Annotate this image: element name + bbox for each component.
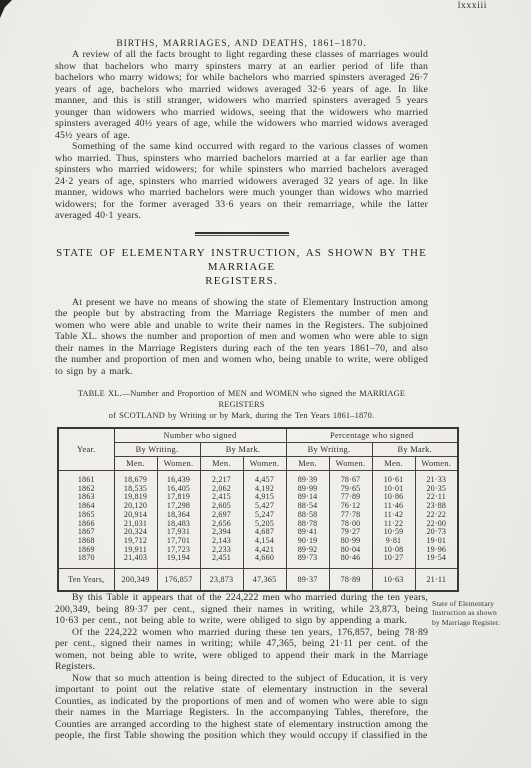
paragraph-education: Now that so much attention is being dire… <box>55 673 428 742</box>
running-head: BIRTHS, MARRIAGES, AND DEATHS, 1861–1870… <box>0 38 428 49</box>
header-number-by-mark: By Mark. <box>200 443 286 457</box>
table-cell: 176,857 <box>157 569 200 592</box>
header-number-group: Number who signed <box>114 428 286 443</box>
header-men: Men. <box>372 457 415 471</box>
table-cell: 21,403 <box>114 554 157 568</box>
table-cell: 4,660 <box>243 554 286 568</box>
header-row-sex: Men. Women. Men. Women. Men. Women. Men.… <box>58 457 458 471</box>
header-men: Men. <box>200 457 243 471</box>
header-percentage-by-writing: By Writing. <box>286 443 372 457</box>
table-cell: 19,194 <box>157 554 200 568</box>
margin-note: State of Elementary Instruction as shown… <box>432 599 504 627</box>
table-cell: 10·61 <box>372 471 415 485</box>
header-number-by-writing: By Writing. <box>114 443 200 457</box>
table-cell: 47,365 <box>243 569 286 592</box>
table-row: 1861 18,679 16,439 2,217 4,457 89·39 78·… <box>58 471 458 485</box>
table-body: 1861 18,679 16,439 2,217 4,457 89·39 78·… <box>58 471 458 569</box>
table-cell: 78·67 <box>329 471 372 485</box>
table-caption: TABLE XL.—Number and Proportion of MEN a… <box>55 388 428 421</box>
paragraph-instruction-intro: At present we have no means of showing t… <box>55 297 428 378</box>
running-title: BIRTHS, MARRIAGES, AND DEATHS, 1861–1870… <box>116 38 366 49</box>
year-cell: 1870 <box>58 554 114 568</box>
header-row-groups: Year. Number who signed Percentage who s… <box>58 428 458 443</box>
table-cell: 89·39 <box>286 471 329 485</box>
table-cell: 23,873 <box>200 569 243 592</box>
paragraph-men-result: By this Table it appears that of the 224… <box>55 592 428 627</box>
header-men: Men. <box>286 457 329 471</box>
section-heading-line1: STATE OF ELEMENTARY INSTRUCTION, AS SHOW… <box>56 247 427 273</box>
table-caption-line2: of SCOTLAND by Writing or by Mark, durin… <box>109 411 374 420</box>
header-year: Year. <box>58 428 114 471</box>
totals-label: Ten Years, <box>58 569 114 592</box>
header-row-method: By Writing. By Mark. By Writing. By Mark… <box>58 443 458 457</box>
totals-row: Ten Years, 200,349 176,857 23,873 47,365… <box>58 569 458 592</box>
table-cell: 19·54 <box>415 554 458 568</box>
page-folio: lxxxiii <box>458 0 487 11</box>
header-women: Women. <box>243 457 286 471</box>
table-cell: 89·37 <box>286 569 329 592</box>
table-cell: 10·27 <box>372 554 415 568</box>
table-cell: 18,679 <box>114 471 157 485</box>
section-divider-rule <box>195 232 289 236</box>
table-cell: 2,451 <box>200 554 243 568</box>
table-footer: Ten Years, 200,349 176,857 23,873 47,365… <box>58 569 458 592</box>
section-heading-line2: REGISTERS. <box>205 275 277 287</box>
scan-corner-artifact <box>0 0 12 18</box>
document-page: BIRTHS, MARRIAGES, AND DEATHS, 1861–1870… <box>0 0 531 768</box>
header-women: Women. <box>157 457 200 471</box>
table-header: Year. Number who signed Percentage who s… <box>58 428 458 471</box>
table-cell: 21·33 <box>415 471 458 485</box>
table-cell: 80·46 <box>329 554 372 568</box>
section-heading: STATE OF ELEMENTARY INSTRUCTION, AS SHOW… <box>55 246 428 288</box>
table-wrapper: Year. Number who signed Percentage who s… <box>57 427 428 592</box>
table-row: 1870 21,403 19,194 2,451 4,660 89·73 80·… <box>58 554 458 568</box>
header-women: Women. <box>415 457 458 471</box>
header-women: Women. <box>329 457 372 471</box>
table-cell: 4,457 <box>243 471 286 485</box>
table-cell: 10·63 <box>372 569 415 592</box>
table-cell: 21·11 <box>415 569 458 592</box>
table-cell: 89·73 <box>286 554 329 568</box>
header-percentage-by-mark: By Mark. <box>372 443 458 457</box>
paragraph-marriage-women: Something of the same kind occurred with… <box>55 141 428 222</box>
table-cell: 2,217 <box>200 471 243 485</box>
table-xl-marriage-registers: Year. Number who signed Percentage who s… <box>57 427 459 592</box>
header-men: Men. <box>114 457 157 471</box>
table-cell: 78·89 <box>329 569 372 592</box>
header-percentage-group: Percentage who signed <box>286 428 458 443</box>
text-column: A review of all the facts brought to lig… <box>55 49 428 742</box>
table-cell: 16,439 <box>157 471 200 485</box>
table-caption-line1: TABLE XL.—Number and Proportion of MEN a… <box>78 389 405 409</box>
year-cell: 1861 <box>58 471 114 485</box>
table-cell: 200,349 <box>114 569 157 592</box>
paragraph-women-result: Of the 224,222 women who married during … <box>55 627 428 673</box>
paragraph-marriage-review: A review of all the facts brought to lig… <box>55 49 428 141</box>
